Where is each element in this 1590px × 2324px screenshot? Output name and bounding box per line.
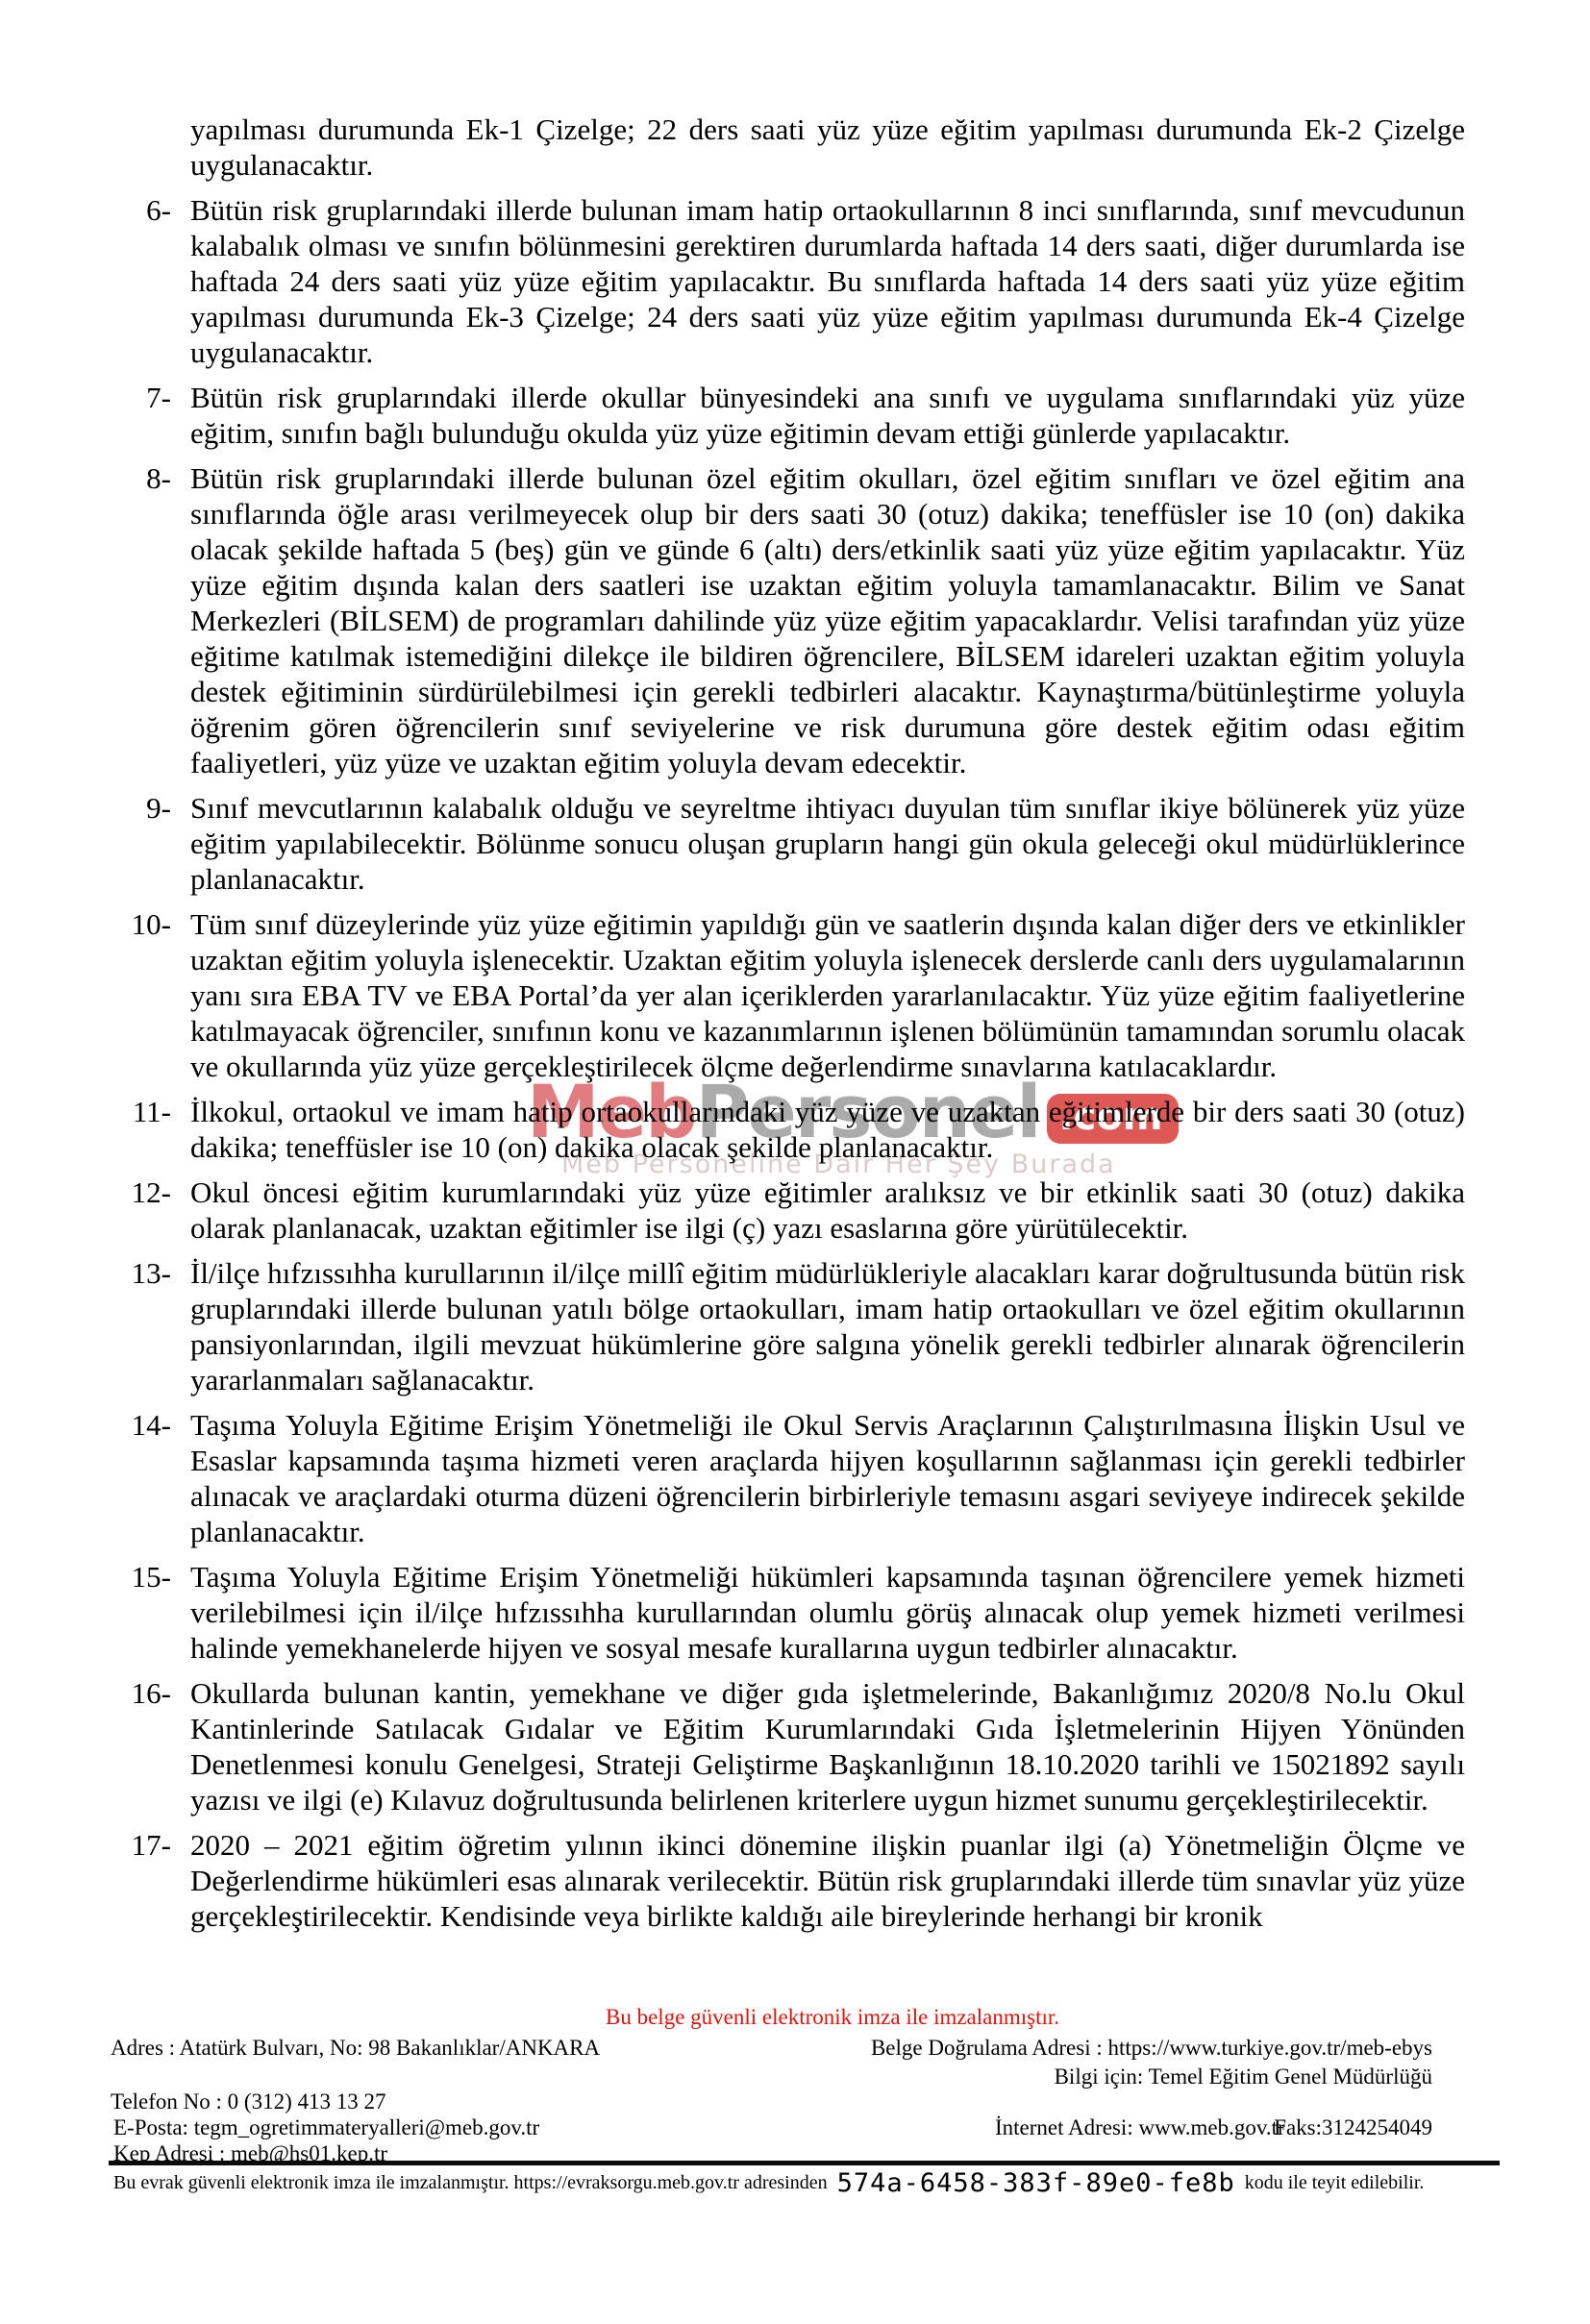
footer-email: E-Posta: tegm_ogretimmateryalleri@meb.go… (113, 2115, 539, 2140)
list-item-text: Bütün risk gruplarındaki illerde okullar… (190, 380, 1465, 451)
list-item-number: 15- (96, 1559, 171, 1666)
list-item-text: Sınıf mevcutlarının kalabalık olduğu ve … (190, 790, 1465, 897)
list-item: 17- 2020 – 2021 eğitim öğretim yılının i… (96, 1827, 1465, 1934)
list-item-number: 17- (96, 1827, 171, 1934)
list-item: 8- Bütün risk gruplarındaki illerde bulu… (96, 460, 1465, 780)
list-item: 14- Taşıma Yoluyla Eğitime Erişim Yönetm… (96, 1407, 1465, 1549)
list-item-text: Tüm sınıf düzeylerinde yüz yüze eğitimin… (190, 906, 1465, 1084)
list-item-text: Okul öncesi eğitim kurumlarındaki yüz yü… (190, 1174, 1465, 1246)
list-item: 10- Tüm sınıf düzeylerinde yüz yüze eğit… (96, 906, 1465, 1084)
list-item-text: Okullarda bulunan kantin, yemekhane ve d… (190, 1675, 1465, 1817)
list-item: 9- Sınıf mevcutlarının kalabalık olduğu … (96, 790, 1465, 897)
verification-code: 574a-6458-383f-89e0-fe8b (837, 2168, 1235, 2198)
list-item: 6- Bütün risk gruplarındaki illerde bulu… (96, 192, 1465, 370)
list-item-text: Taşıma Yoluyla Eğitime Erişim Yönetmeliğ… (190, 1559, 1465, 1666)
list-item-number: 13- (96, 1255, 171, 1397)
list-item: 11- İlkokul, ortaokul ve imam hatip orta… (96, 1094, 1465, 1165)
list-item-number: 9- (96, 790, 171, 897)
list-item-text: Taşıma Yoluyla Eğitime Erişim Yönetmeliğ… (190, 1407, 1465, 1549)
list-item-number: 8- (96, 460, 171, 780)
list-item-text: Bütün risk gruplarındaki illerde bulunan… (190, 192, 1465, 370)
paragraph-continuation: yapılması durumunda Ek-1 Çizelge; 22 der… (96, 111, 1465, 183)
list-item-number: 16- (96, 1675, 171, 1817)
footer-internet-address: İnternet Adresi: www.meb.gov.tr (995, 2115, 1285, 2140)
footer-fax: Faks:3124254049 (1274, 2115, 1432, 2140)
list-item-text: İl/ilçe hıfzıssıhha kurullarının il/ilçe… (190, 1255, 1465, 1397)
verification-line: Bu evrak güvenli elektronik imza ile imz… (113, 2168, 1424, 2198)
list-item-text: 2020 – 2021 eğitim öğretim yılının ikinc… (190, 1827, 1465, 1934)
list-item-number: 6- (96, 192, 171, 370)
document-page: Meb Personel .com Meb Personeline Dair H… (0, 0, 1590, 2324)
list-item-number: 12- (96, 1174, 171, 1246)
list-item-text: İlkokul, ortaokul ve imam hatip ortaokul… (190, 1094, 1465, 1165)
footer-phone: Telefon No : 0 (312) 413 13 27 (111, 2089, 385, 2114)
list-item-text: Bütün risk gruplarındaki illerde bulunan… (190, 460, 1465, 780)
list-item: 12- Okul öncesi eğitim kurumlarındaki yü… (96, 1174, 1465, 1246)
list-item-number: 14- (96, 1407, 171, 1549)
list-item: 16- Okullarda bulunan kantin, yemekhane … (96, 1675, 1465, 1817)
verification-prefix: Bu evrak güvenli elektronik imza ile imz… (113, 2172, 828, 2194)
list-item-number: 7- (96, 380, 171, 451)
list-item: 15- Taşıma Yoluyla Eğitime Erişim Yönetm… (96, 1559, 1465, 1666)
document-body: yapılması durumunda Ek-1 Çizelge; 22 der… (96, 111, 1465, 1943)
footer-address: Adres : Atatürk Bulvarı, No: 98 Bakanlık… (111, 2036, 600, 2061)
footer-divider (109, 2161, 1500, 2165)
list-item-number: 11- (96, 1094, 171, 1165)
e-signature-notice: Bu belge güvenli elektronik imza ile imz… (606, 2005, 1059, 2030)
footer-document-verification-address: Belge Doğrulama Adresi : https://www.tur… (871, 2036, 1432, 2061)
list-item-number: 10- (96, 906, 171, 1084)
list-item: 7- Bütün risk gruplarındaki illerde okul… (96, 380, 1465, 451)
list-item: 13- İl/ilçe hıfzıssıhha kurullarının il/… (96, 1255, 1465, 1397)
verification-suffix: kodu ile teyit edilebilir. (1245, 2172, 1425, 2194)
footer-info-contact: Bilgi için: Temel Eğitim Genel Müdürlüğü (1055, 2064, 1432, 2089)
